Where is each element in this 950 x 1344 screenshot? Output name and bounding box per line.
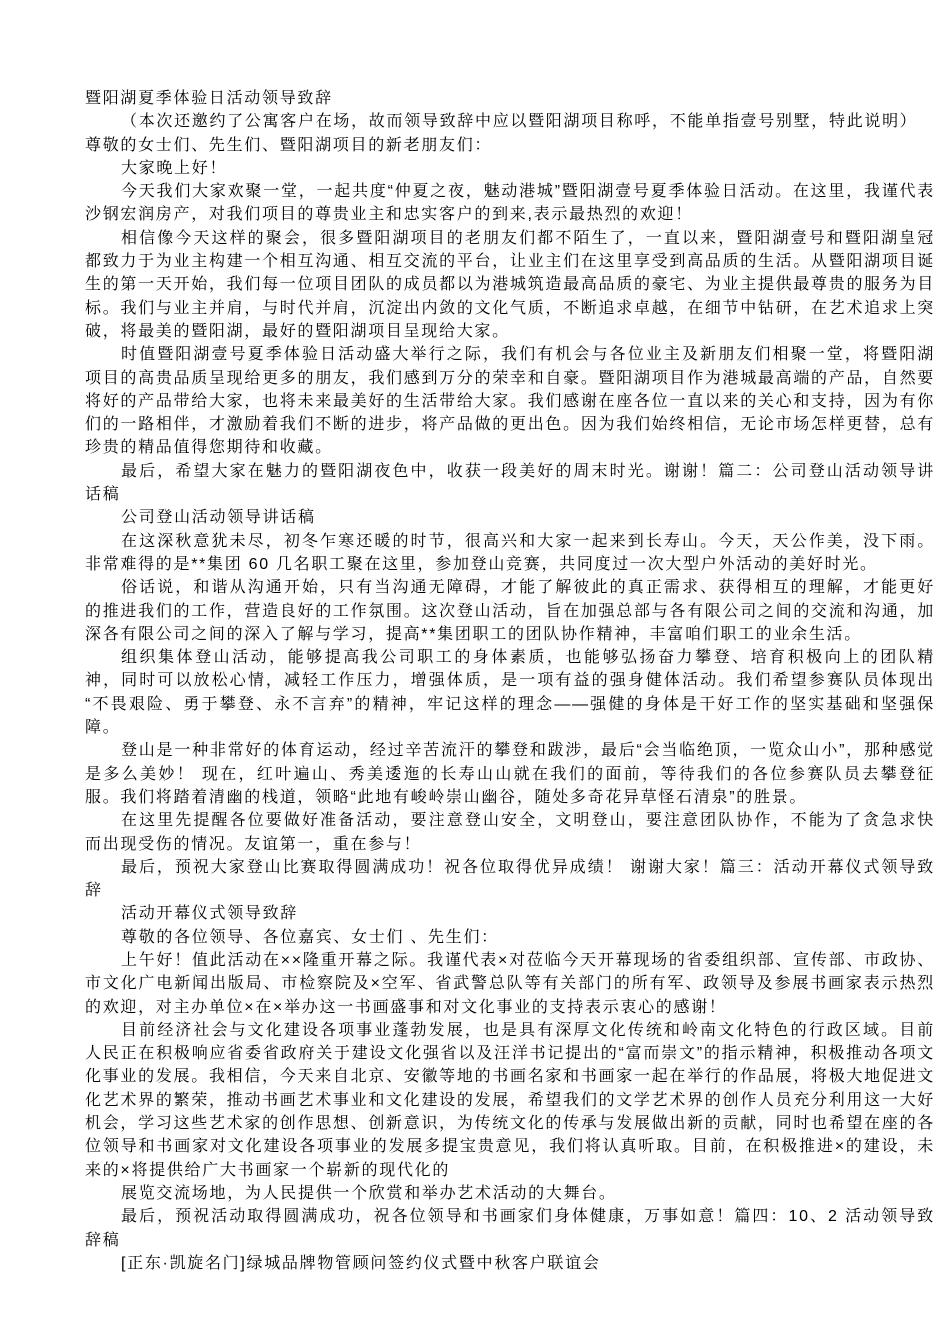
speech3-para-2: 目前经济社会与文化建设各项事业蓬勃发展，也是具有深厚文化传统和岭南文化特色的行政… — [85, 1019, 935, 1182]
speech1-para-2: 相信像今天这样的聚会，很多暨阳湖项目的老朋友们都不陌生了，一直以来，暨阳湖壹号和… — [85, 227, 935, 343]
speech1-note: （本次还邀约了公寓客户在场，故而领导致辞中应以暨阳湖项目称呼，不能单指壹号别墅，… — [85, 110, 935, 133]
speech4-title: [正东·凯旋名门]绿城品牌物管顾问签约仪式暨中秋客户联谊会 — [85, 1252, 935, 1275]
speech2-reminder: 在这里先提醒各位要做好准备活动，要注意登山安全，文明登山，要注意团队协作，不能为… — [85, 809, 935, 856]
speech3-closing: 最后，预祝活动取得圆满成功，祝各位领导和书画家们身体健康，万事如意！篇四：10、… — [85, 1205, 935, 1252]
speech2-para-1: 在这深秋意犹未尽，初冬乍寒还暖的时节，很高兴和大家一起来到长寿山。今天，天公作美… — [85, 530, 935, 577]
speech2-para-3: 组织集体登山活动，能够提高我公司职工的身体素质，也能够弘扬奋力攀登、培育积极向上… — [85, 646, 935, 739]
speech1-greeting: 大家晚上好！ — [85, 157, 935, 180]
document-page: 暨阳湖夏季体验日活动领导致辞 （本次还邀约了公寓客户在场，故而领导致辞中应以暨阳… — [0, 0, 950, 1344]
speech2-para-2: 俗话说，和谐从沟通开始，只有当沟通无障碍，才能了解彼此的真正需求、获得相互的理解… — [85, 576, 935, 646]
speech1-closing: 最后，希望大家在魅力的暨阳湖夜色中，收获一段美好的周末时光。谢谢！篇二：公司登山… — [85, 460, 935, 507]
speech1-para-1: 今天我们大家欢聚一堂，一起共度“仲夏之夜，魅动港城”暨阳湖壹号夏季体验日活动。在… — [85, 180, 935, 227]
document-body: 暨阳湖夏季体验日活动领导致辞 （本次还邀约了公寓客户在场，故而领导致辞中应以暨阳… — [85, 87, 935, 1275]
speech1-salutation: 尊敬的女士们、先生们、暨阳湖项目的新老朋友们： — [85, 134, 935, 157]
speech2-title: 公司登山活动领导讲话稿 — [85, 506, 935, 529]
speech2-closing: 最后，预祝大家登山比赛取得圆满成功！祝各位取得优异成绩！ 谢谢大家！篇三：活动开… — [85, 856, 935, 903]
speech1-title: 暨阳湖夏季体验日活动领导致辞 — [85, 87, 935, 110]
speech1-para-3: 时值暨阳湖壹号夏季体验日活动盛大举行之际，我们有机会与各位业主及新朋友们相聚一堂… — [85, 343, 935, 459]
speech3-title: 活动开幕仪式领导致辞 — [85, 902, 935, 925]
speech2-para-4: 登山是一种非常好的体育运动，经过辛苦流汗的攀登和跋涉，最后“会当临绝顶，一览众山… — [85, 739, 935, 809]
speech3-para-3: 展览交流场地，为人民提供一个欣赏和举办艺术活动的大舞台。 — [85, 1182, 935, 1205]
speech3-salutation: 尊敬的各位领导、各位嘉宾、女士们 、先生们： — [85, 926, 935, 949]
speech3-para-1: 上午好！值此活动在××隆重开幕之际。我谨代表×对莅临今天开幕现场的省委组织部、宣… — [85, 949, 935, 1019]
